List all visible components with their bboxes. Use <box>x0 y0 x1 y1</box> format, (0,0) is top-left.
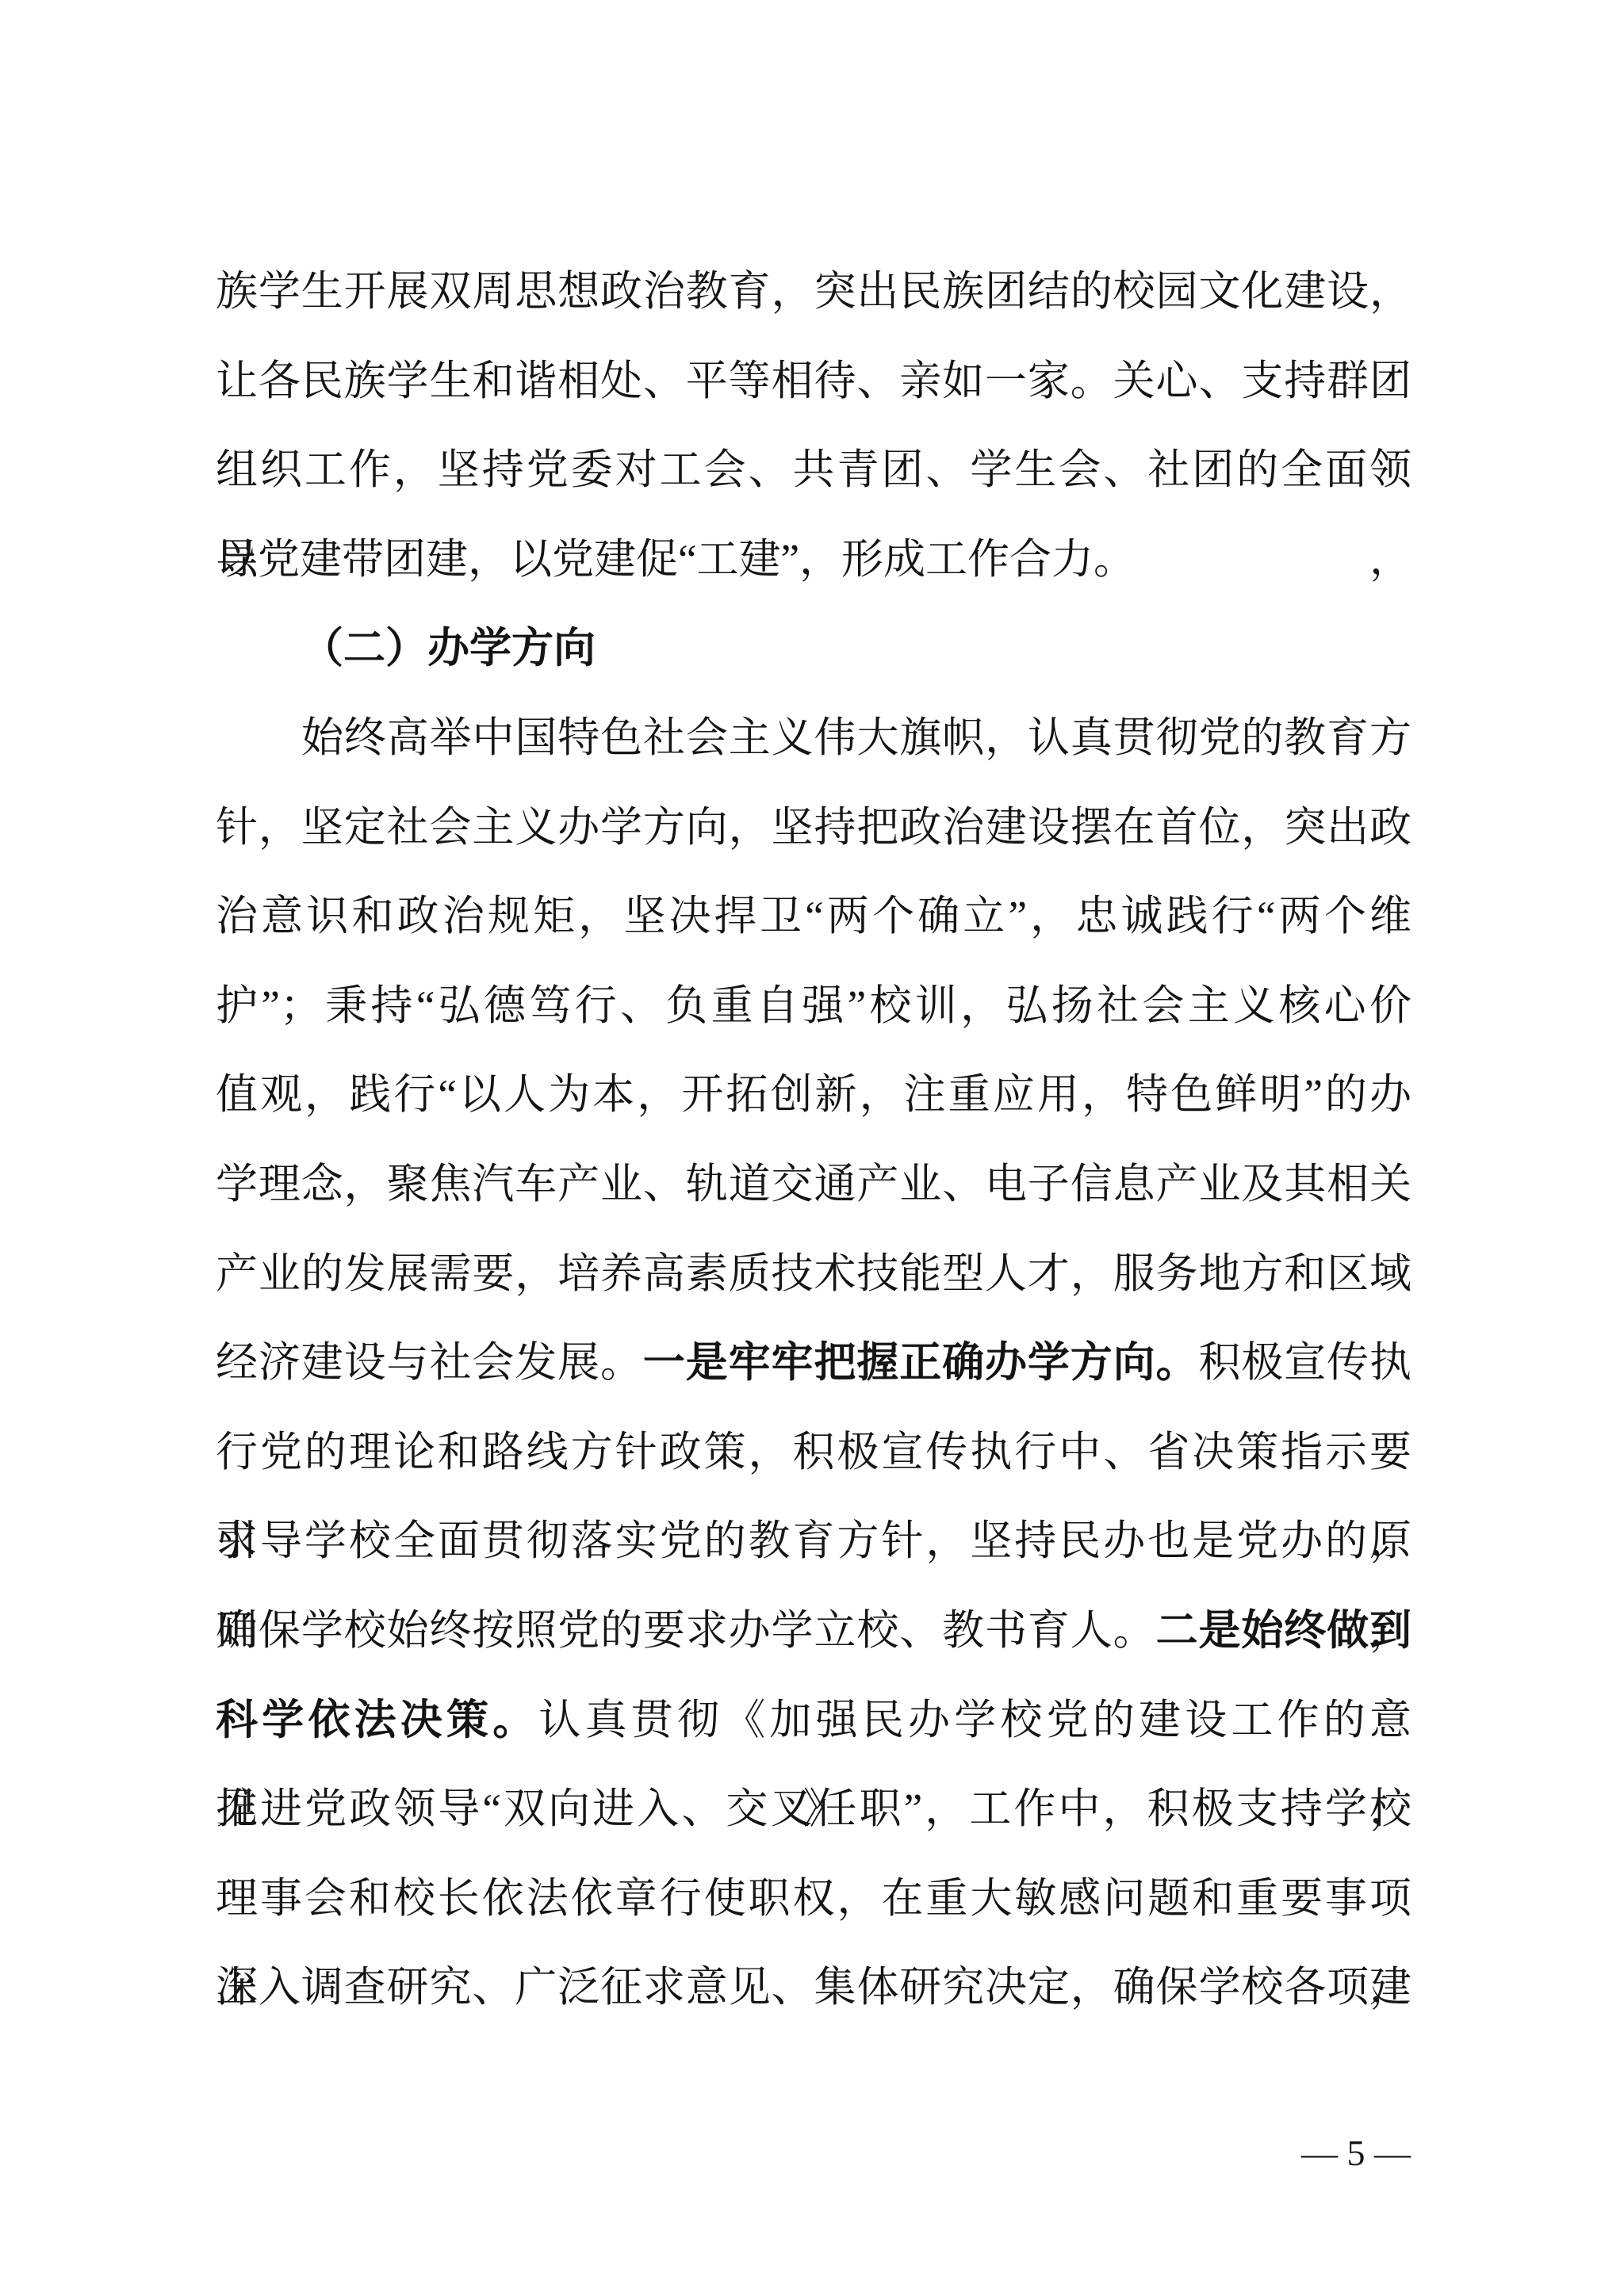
text-segment: 深入调查研究、广泛征求意见、集体研究决定，确保学校各项建 <box>216 1965 1411 2011</box>
bold-text-segment: 科学依法决策。 <box>216 1697 538 1743</box>
text-line: 护”；秉持“弘德笃行、负重自强”校训，弘扬社会主义核心价 <box>216 962 1411 1051</box>
bold-text-segment: 二是始终做到 <box>1156 1608 1411 1654</box>
text-segment: 积极宣传执 <box>1198 1340 1411 1386</box>
document-page: 族学生开展双周思想政治教育，突出民族团结的校园文化建设， 让各民族学生和谐相处、… <box>0 0 1624 2296</box>
text-line: 治意识和政治规矩，坚决捍卫“两个确立”，忠诚践行“两个维 <box>216 872 1411 962</box>
text-line: 引导学校全面贯彻落实党的教育方针，坚持民办也是党办的原则， <box>216 1497 1411 1586</box>
text-line: 科学依法决策。认真贯彻《加强民办学校党的建设工作的意见》， <box>216 1676 1411 1766</box>
text-line: 理事会和校长依法依章行使职权，在重大敏感问题和重要事项上， <box>216 1854 1411 1944</box>
text-segment: 治意识和政治规矩，坚决捍卫“两个确立”，忠诚践行“两个维 <box>216 894 1411 939</box>
text-line: 始终高举中国特色社会主义伟大旗帜，认真贯彻党的教育方 <box>216 694 1411 783</box>
page-number: — 5 — <box>1301 2130 1411 2177</box>
text-segment: 值观，践行“以人为本，开拓创新，注重应用，特色鲜明”的办 <box>216 1072 1411 1118</box>
text-segment: 针，坚定社会主义办学方向，坚持把政治建设摆在首位，突出政 <box>216 805 1411 851</box>
text-segment: 推进党政领导“双向进入、交叉任职”，工作中，积极支持学校 <box>216 1786 1411 1832</box>
text-segment: 族学生开展双周思想政治教育，突出民族团结的校园文化建设， <box>216 269 1411 315</box>
text-line: 产业的发展需要，培养高素质技术技能型人才，服务地方和区域 <box>216 1230 1411 1319</box>
text-segment: 让各民族学生和谐相处、平等相待、亲如一家。关心、支持群团 <box>216 358 1411 404</box>
text-segment: 以党建带团建，以党建促“工建”，形成工作合力。 <box>216 537 1136 583</box>
text-segment: 确保学校始终按照党的要求办学立校、教书育人。 <box>216 1608 1156 1654</box>
text-segment: 学理念，聚焦汽车产业、轨道交通产业、电子信息产业及其相关 <box>216 1161 1411 1207</box>
text-line: 值观，践行“以人为本，开拓创新，注重应用，特色鲜明”的办 <box>216 1050 1411 1140</box>
text-line: 深入调查研究、广泛征求意见、集体研究决定，确保学校各项建 <box>216 1943 1411 2033</box>
bold-text-segment: 一是牢牢把握正确办学方向。 <box>643 1340 1199 1386</box>
section-heading: （二）办学方向 <box>216 604 1411 694</box>
text-line: 学理念，聚焦汽车产业、轨道交通产业、电子信息产业及其相关 <box>216 1140 1411 1230</box>
text-line: 让各民族学生和谐相处、平等相待、亲如一家。关心、支持群团 <box>216 337 1411 427</box>
text-segment: 经济建设与社会发展。 <box>216 1340 643 1386</box>
text-line: 组织工作，坚持党委对工会、共青团、学生会、社团的全面领导， <box>216 426 1411 515</box>
text-segment: 始终高举中国特色社会主义伟大旗帜，认真贯彻党的教育方 <box>301 715 1411 761</box>
text-line: 推进党政领导“双向进入、交叉任职”，工作中，积极支持学校 <box>216 1765 1411 1854</box>
text-line: 行党的理论和路线方针政策，积极宣传执行中、省决策指示要求， <box>216 1408 1411 1498</box>
document-body: 族学生开展双周思想政治教育，突出民族团结的校园文化建设， 让各民族学生和谐相处、… <box>216 247 1411 2033</box>
page-number-text: — 5 — <box>1301 2133 1411 2173</box>
section-heading-text: （二）办学方向 <box>301 626 596 672</box>
text-line: 针，坚定社会主义办学方向，坚持把政治建设摆在首位，突出政 <box>216 783 1411 873</box>
text-line: 族学生开展双周思想政治教育，突出民族团结的校园文化建设， <box>216 247 1411 337</box>
text-segment: 护”；秉持“弘德笃行、负重自强”校训，弘扬社会主义核心价 <box>216 983 1411 1029</box>
text-segment: 产业的发展需要，培养高素质技术技能型人才，服务地方和区域 <box>216 1251 1411 1297</box>
text-line: 确保学校始终按照党的要求办学立校、教书育人。二是始终做到 <box>216 1586 1411 1676</box>
text-line: 经济建设与社会发展。一是牢牢把握正确办学方向。积极宣传执 <box>216 1318 1411 1408</box>
